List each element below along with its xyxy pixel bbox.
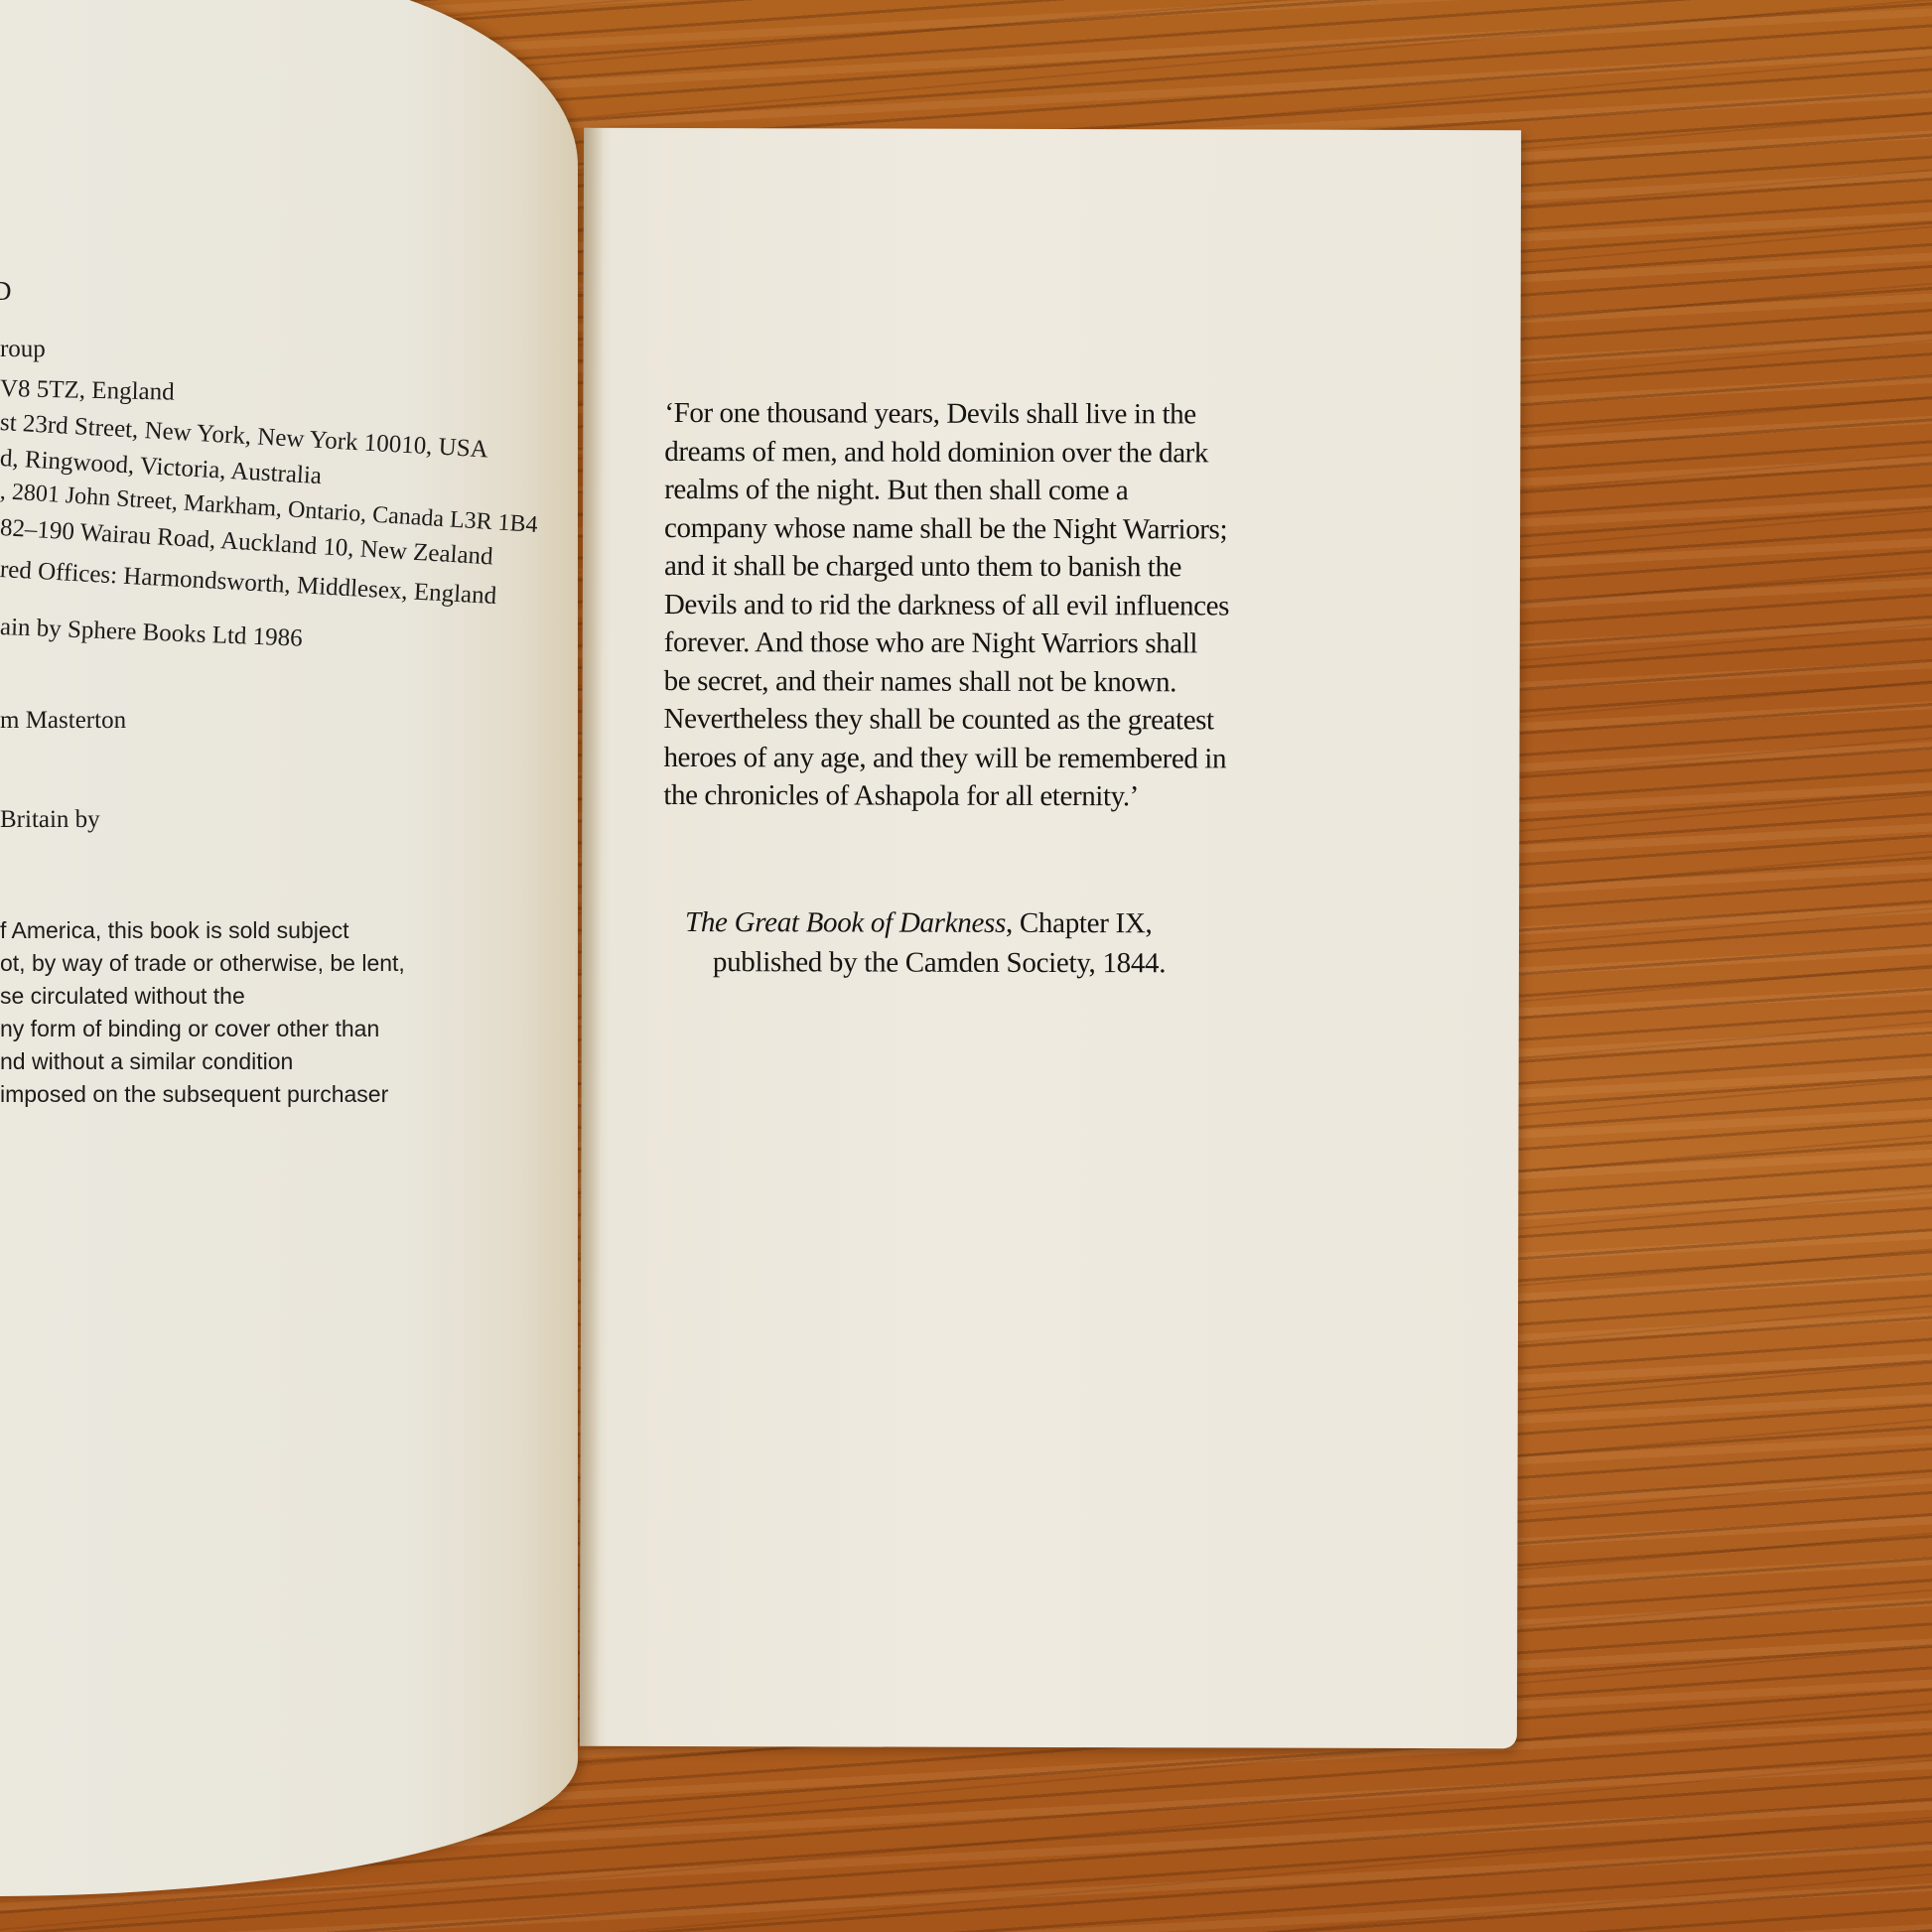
gutter-shadow xyxy=(580,128,604,1746)
quote-line: forever. And those who are Night Warrior… xyxy=(664,623,1359,663)
left-line: imposed on the subsequent purchaser xyxy=(0,1081,388,1108)
quote-line: be secret, and their names shall not be … xyxy=(664,661,1359,701)
quote-line: heroes of any age, and they will be reme… xyxy=(663,738,1358,777)
left-line: D xyxy=(0,276,12,307)
left-line: f America, this book is sold subject xyxy=(0,917,349,944)
epigraph-quote: ‘For one thousand years, Devils shall li… xyxy=(663,394,1359,816)
left-line: se circulated without the xyxy=(0,983,245,1010)
copyright-text: D roup V8 5TZ, England st 23rd Street, N… xyxy=(0,0,578,1896)
epigraph-citation: The Great Book of Darkness, Chapter IX, … xyxy=(685,902,1380,984)
citation-chapter: , Chapter IX, xyxy=(1006,907,1153,939)
left-line: m Masterton xyxy=(0,707,126,735)
citation-title: The Great Book of Darkness xyxy=(685,906,1006,939)
left-page: D roup V8 5TZ, England st 23rd Street, N… xyxy=(0,0,578,1896)
left-line: Britain by xyxy=(0,806,100,834)
left-line: ny form of binding or cover other than xyxy=(0,1016,379,1042)
left-line: V8 5TZ, England xyxy=(0,375,175,407)
left-line: nd without a similar condition xyxy=(0,1048,293,1075)
citation-line-2: published by the Camden Society, 1844. xyxy=(685,942,1380,984)
quote-line: Nevertheless they shall be counted as th… xyxy=(664,700,1359,740)
right-page: ‘For one thousand years, Devils shall li… xyxy=(580,128,1521,1748)
quote-line: Devils and to rid the darkness of all ev… xyxy=(664,585,1359,624)
quote-line: the chronicles of Ashapola for all etern… xyxy=(663,776,1358,816)
citation-line-1: The Great Book of Darkness, Chapter IX, xyxy=(685,902,1380,944)
quote-line: dreams of men, and hold dominion over th… xyxy=(664,432,1359,472)
quote-line: ‘For one thousand years, Devils shall li… xyxy=(664,394,1359,434)
left-line: ot, by way of trade or otherwise, be len… xyxy=(0,950,405,977)
quote-line: realms of the night. But then shall come… xyxy=(664,471,1359,510)
left-line: roup xyxy=(0,336,46,363)
quote-line: company whose name shall be the Night Wa… xyxy=(664,508,1359,548)
left-line: ain by Sphere Books Ltd 1986 xyxy=(0,614,303,653)
quote-line: and it shall be charged unto them to ban… xyxy=(664,547,1359,587)
